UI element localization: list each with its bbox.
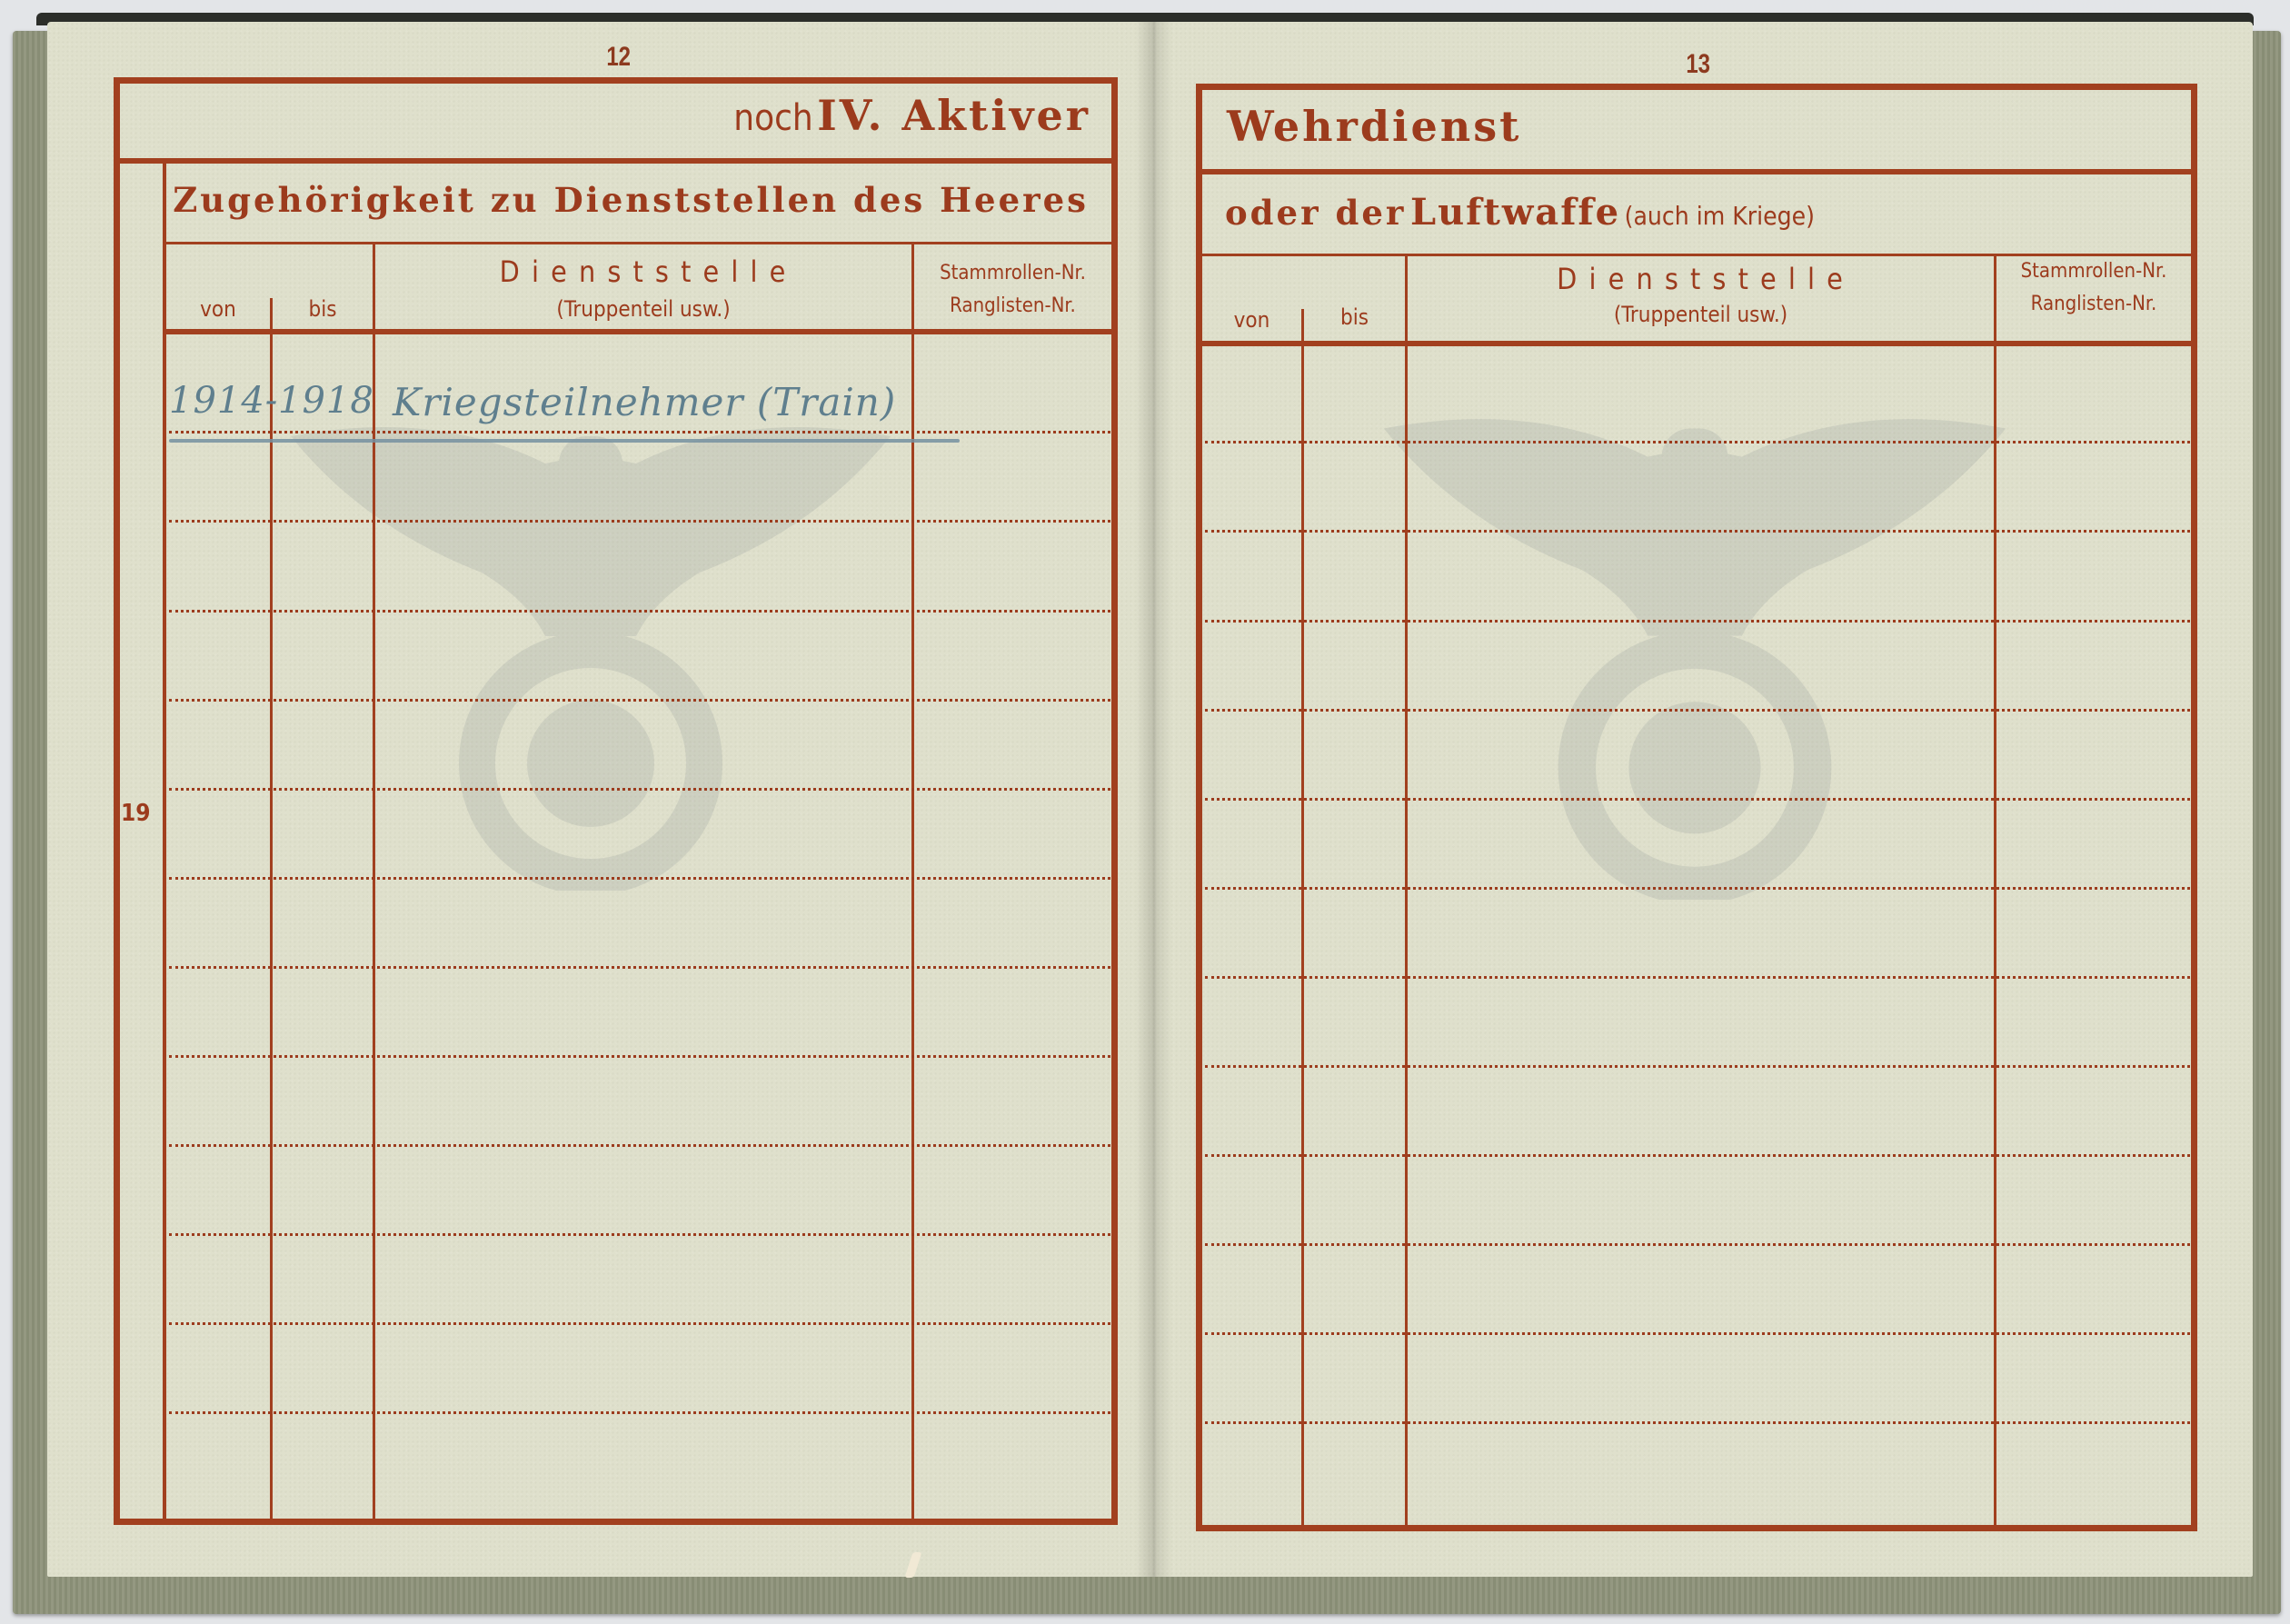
right-header-rule xyxy=(1200,341,2194,346)
right-col-divider-nr xyxy=(1994,255,1996,1528)
book-gutter xyxy=(1136,22,1172,1577)
left-subtitle-rule xyxy=(164,242,1114,244)
right-subtitle: oder der Luftwaffe (auch im Kriege) xyxy=(1225,191,1815,234)
left-title-separator xyxy=(114,158,1118,164)
right-col-ranglisten: Ranglisten-Nr. xyxy=(1996,293,2191,315)
entry-dienststelle: Kriegsteilnehmer (Train) xyxy=(393,380,896,424)
right-col-stammrollen: Stammrollen-Nr. xyxy=(1996,260,2191,283)
left-col-dienststelle: D i e n s t s t e l l e xyxy=(375,254,911,289)
entry-underline xyxy=(169,439,960,443)
right-col-von: von xyxy=(1202,307,1301,333)
page-number-right: 13 xyxy=(1686,49,1710,80)
right-col-dienststelle: D i e n s t s t e l l e xyxy=(1408,262,1994,296)
left-col-divider-nr xyxy=(911,244,914,1520)
right-frame-top xyxy=(1196,84,2197,90)
right-frame-bottom xyxy=(1196,1525,2197,1531)
left-frame-top xyxy=(114,77,1118,84)
left-margin-line xyxy=(163,164,166,1520)
right-frame-right xyxy=(2191,84,2197,1531)
left-header-rule xyxy=(164,329,1114,334)
left-subtitle: Zugehörigkeit zu Dienststellen des Heere… xyxy=(173,180,1089,220)
right-subtitle-rule xyxy=(1200,254,2194,256)
left-frame-bottom xyxy=(114,1519,1118,1525)
left-col-ranglisten: Ranglisten-Nr. xyxy=(914,294,1111,317)
right-title: Wehrdienst xyxy=(1227,102,1521,151)
left-title-prefix: noch xyxy=(733,97,812,139)
left-col-von: von xyxy=(168,296,268,322)
right-subtitle-main: Luftwaffe xyxy=(1410,191,1620,234)
right-col-divider-von-bis xyxy=(1301,309,1304,1527)
right-col-divider-dienststelle xyxy=(1405,255,1408,1528)
page-number-left: 12 xyxy=(606,42,631,73)
left-title-main: IV. Aktiver xyxy=(817,91,1090,140)
entry-von: 1914- xyxy=(169,380,278,422)
right-title-separator xyxy=(1196,169,2197,174)
left-col-stammrollen: Stammrollen-Nr. xyxy=(914,262,1111,284)
entry-bis: 1918 xyxy=(278,380,374,422)
right-subtitle-prefix: oder der xyxy=(1225,193,1406,233)
left-frame-right xyxy=(1111,77,1118,1525)
right-frame-left xyxy=(1196,84,1202,1531)
left-side-number: 19 xyxy=(121,800,151,827)
left-col-dienststelle-sub: (Truppenteil usw.) xyxy=(375,296,911,322)
left-col-bis: bis xyxy=(273,296,373,322)
left-title: noch IV. Aktiver xyxy=(654,91,1090,154)
right-subtitle-suffix: (auch im Kriege) xyxy=(1625,201,1815,231)
right-col-bis: bis xyxy=(1304,304,1405,330)
right-col-dienststelle-sub: (Truppenteil usw.) xyxy=(1408,302,1994,327)
left-col-divider-dienststelle xyxy=(373,244,375,1520)
left-col-divider-von-bis xyxy=(270,298,273,1520)
left-frame-left xyxy=(114,77,120,1525)
